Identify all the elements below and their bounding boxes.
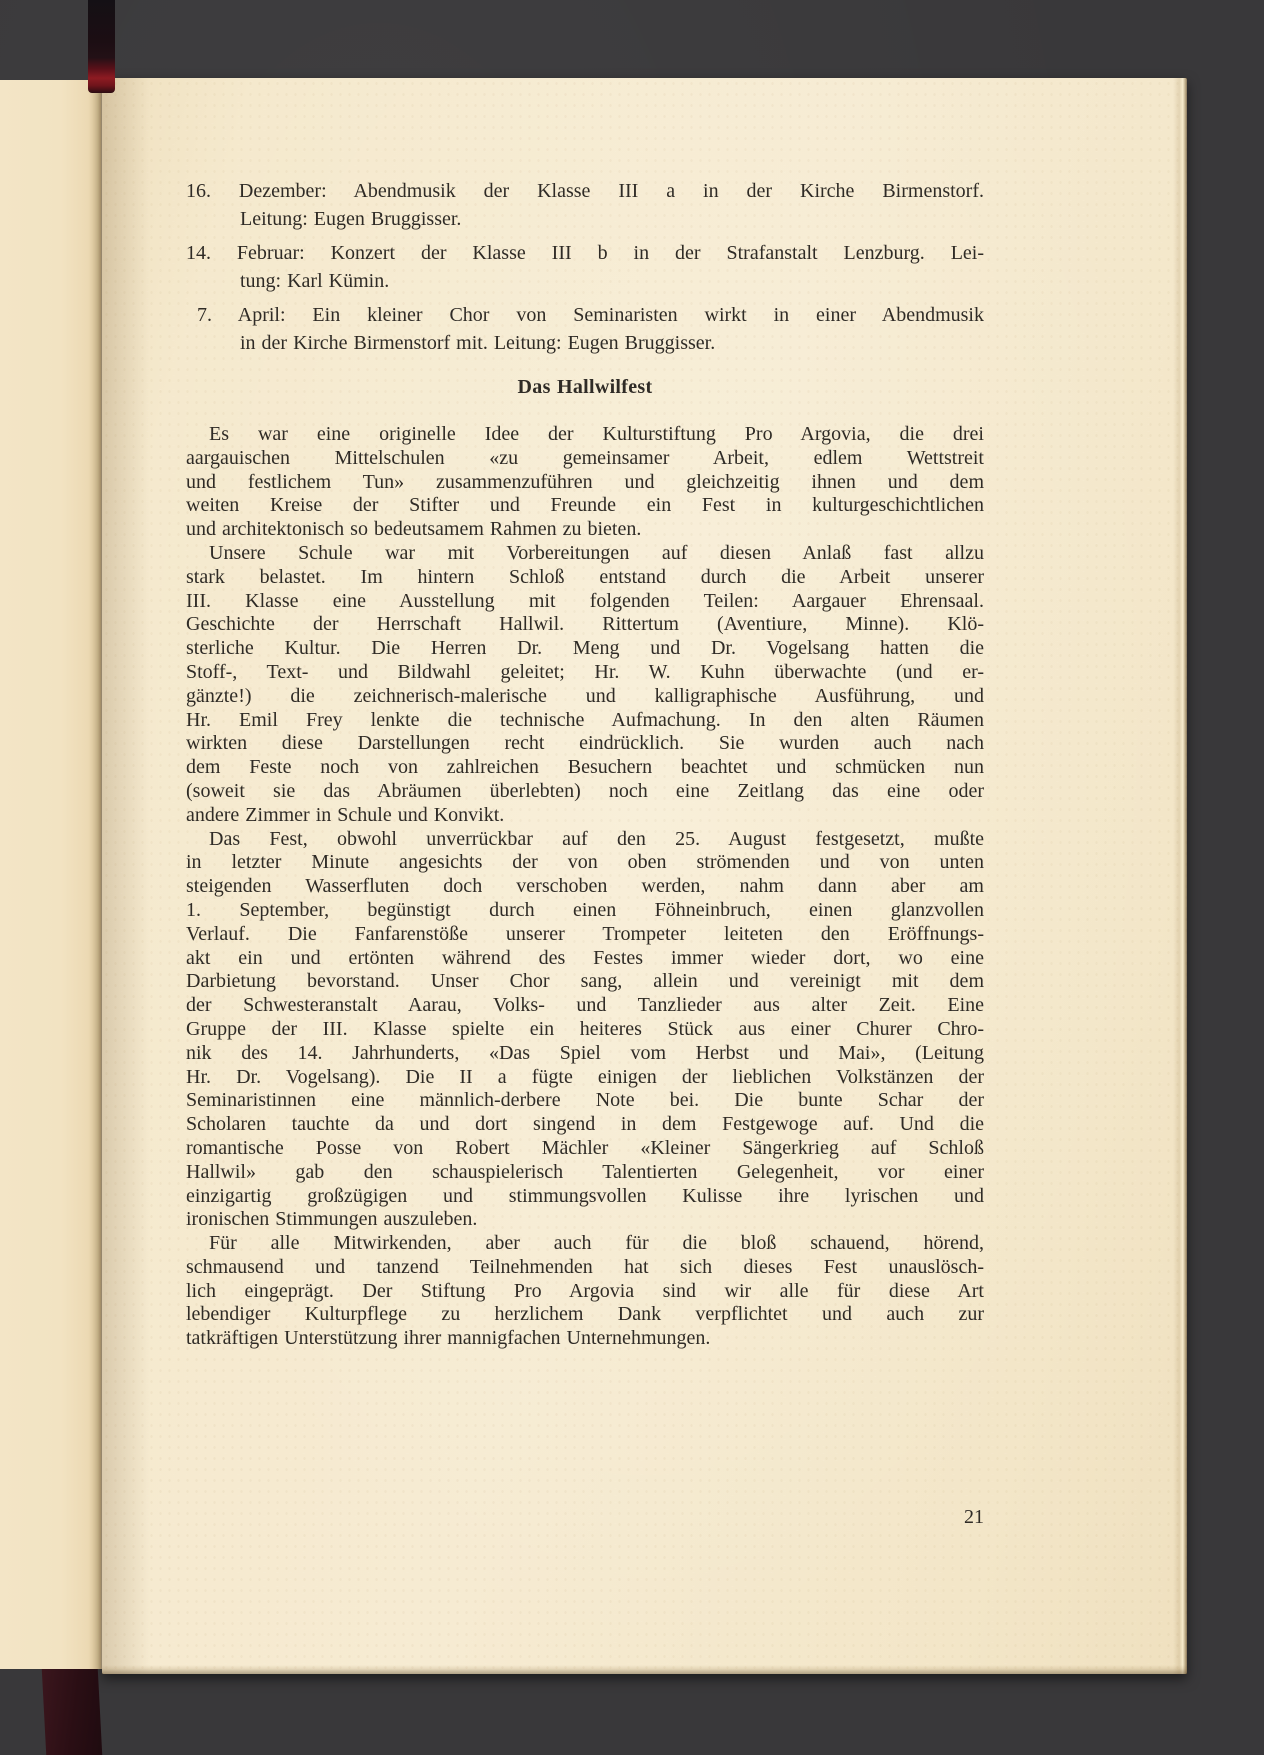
text-line: tung: Karl Kümin. [240,268,984,296]
text-line: und architektonisch so bedeutsamem Rahme… [186,518,984,542]
page-number: 21 [186,1506,984,1529]
text-line: Hr. Emil Frey lenkte die technische Aufm… [186,709,984,733]
text-line: lebendiger Kulturpflege zu herzlichem Da… [186,1303,984,1327]
text-line: Geschichte der Herrschaft Hallwil. Ritte… [186,613,984,637]
bookmark-ribbon-bottom-icon [42,1669,103,1755]
text-line: wirkten diese Darstellungen recht eindrü… [186,732,984,756]
text-line: Für alle Mitwirkenden, aber auch für die… [186,1232,984,1256]
text-line: Unsere Schule war mit Vorbereitungen auf… [186,542,984,566]
paragraph: Für alle Mitwirkenden, aber auch für die… [186,1232,984,1351]
text-line: sterliche Kultur. Die Herren Dr. Meng un… [186,637,984,661]
text-line: nik des 14. Jahrhunderts, «Das Spiel vom… [186,1042,984,1066]
text-line: Stoff-, Text- und Bildwahl geleitet; Hr.… [186,661,984,685]
paragraph: Das Fest, obwohl unverrückbar auf den 25… [186,828,984,1233]
event-list-item: 16. Dezember: Abendmusik der Klasse III … [186,178,984,233]
text-line: in der Kirche Birmenstorf mit. Leitung: … [240,330,984,358]
text-line: (soweit sie das Abräumen überlebten) noc… [186,780,984,804]
text-line: ironischen Stimmungen auszuleben. [186,1208,984,1232]
text-line: lich eingeprägt. Der Stiftung Pro Argovi… [186,1280,984,1304]
text-line: dem Feste noch von zahlreichen Besuchern… [186,756,984,780]
scan-background: 16. Dezember: Abendmusik der Klasse III … [0,0,1264,1755]
event-list-item: 7. April: Ein kleiner Chor von Seminaris… [186,302,984,357]
text-line: schmausend und tanzend Teilnehmenden hat… [186,1256,984,1280]
bookmark-ribbon-top-icon [88,0,115,93]
left-page-edge [0,80,102,1669]
page-content: 16. Dezember: Abendmusik der Klasse III … [186,178,984,1351]
event-list: 16. Dezember: Abendmusik der Klasse III … [186,178,984,357]
paragraph: Es war eine originelle Idee der Kulturst… [186,423,984,542]
text-line: und festlichem Tun» zusammenzuführen und… [186,471,984,495]
text-line: Es war eine originelle Idee der Kulturst… [186,423,984,447]
page-edge-bottom [102,1665,1187,1674]
text-line: stark belastet. Im hintern Schloß entsta… [186,566,984,590]
text-line: Leitung: Eugen Bruggisser. [240,206,984,234]
text-line: Gruppe der III. Klasse spielte ein heite… [186,1018,984,1042]
text-line: der Schwesteranstalt Aarau, Volks- und T… [186,994,984,1018]
text-line: tatkräftigen Unterstützung ihrer mannigf… [186,1327,984,1351]
gutter-shadow [102,78,150,1674]
text-line: 14. Februar: Konzert der Klasse III b in… [186,240,984,268]
text-line: einzigartig großzügigen und stimmungsvol… [186,1185,984,1209]
text-line: Verlauf. Die Fanfarenstöße unserer Tromp… [186,923,984,947]
text-line: Hr. Dr. Vogelsang). Die II a fügte einig… [186,1066,984,1090]
text-line: akt ein und ertönten während des Festes … [186,947,984,971]
text-line: 7. April: Ein kleiner Chor von Seminaris… [186,302,984,330]
text-line: Darbietung bevorstand. Unser Chor sang, … [186,970,984,994]
section-heading: Das Hallwilfest [186,376,984,399]
text-line: steigenden Wasserfluten doch verschoben … [186,875,984,899]
text-line: 1. September, begünstigt durch einen Föh… [186,899,984,923]
text-line: aargauischen Mittelschulen «zu gemeinsam… [186,447,984,471]
text-line: romantische Posse von Robert Mächler «Kl… [186,1137,984,1161]
page-edge-right [1173,78,1187,1674]
text-line: III. Klasse eine Ausstellung mit folgend… [186,590,984,614]
text-line: andere Zimmer in Schule und Konvikt. [186,804,984,828]
text-line: gänzte!) die zeichnerisch-malerische und… [186,685,984,709]
text-line: in letzter Minute angesichts der von obe… [186,851,984,875]
text-line: 16. Dezember: Abendmusik der Klasse III … [186,178,984,206]
text-line: Scholaren tauchte da und dort singend in… [186,1113,984,1137]
text-line: Seminaristinnen eine männlich-derbere No… [186,1089,984,1113]
book-page: 16. Dezember: Abendmusik der Klasse III … [102,78,1187,1674]
paragraph: Unsere Schule war mit Vorbereitungen auf… [186,542,984,828]
text-line: Hallwil» gab den schauspielerisch Talent… [186,1161,984,1185]
text-line: weiten Kreise der Stifter und Freunde ei… [186,494,984,518]
text-line: Das Fest, obwohl unverrückbar auf den 25… [186,828,984,852]
event-list-item: 14. Februar: Konzert der Klasse III b in… [186,240,984,295]
paragraphs: Es war eine originelle Idee der Kulturst… [186,423,984,1351]
